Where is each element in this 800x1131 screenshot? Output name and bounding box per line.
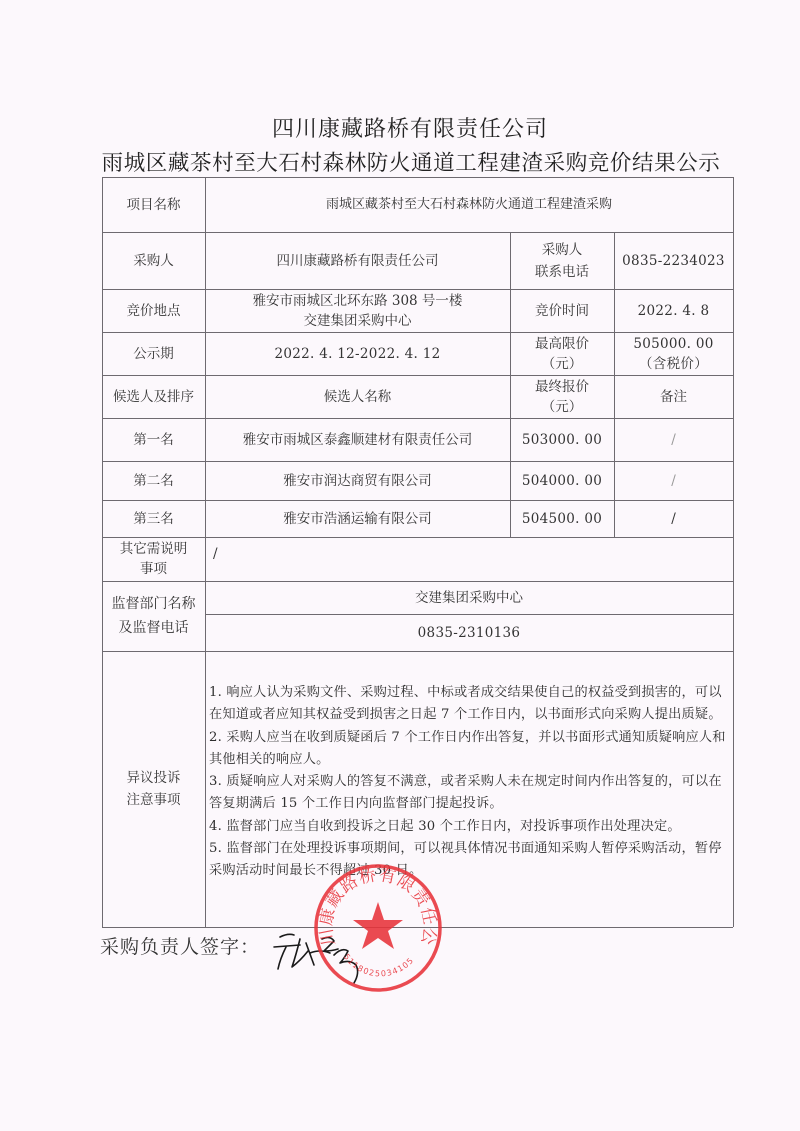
max-price-label-line1: 最高限价 — [535, 334, 589, 354]
supervisor-name: 交建集团采购中心 — [205, 581, 733, 614]
signature-label: 采购负责人签字： — [100, 932, 260, 959]
other-matters-label-line1: 其它需说明 — [120, 539, 188, 559]
complaint-note: 2. 采购人应当在收到质疑函后 7 个工作日内作出答复，并以书面形式通知质疑响应… — [209, 727, 729, 772]
max-price-value: 505000. 00 （含税价） — [614, 332, 733, 375]
bid-location-line1: 雅安市雨城区北环东路 308 号一楼 — [253, 291, 463, 311]
other-matters-label-line2: 事项 — [140, 559, 167, 579]
candidates-header-price-line2: （元） — [542, 397, 583, 417]
bid-location-value: 雅安市雨城区北环东路 308 号一楼 交建集团采购中心 — [205, 289, 510, 332]
complaint-notes-label-line1: 异议投诉 — [127, 767, 181, 789]
bid-location-line2: 交建集团采购中心 — [304, 311, 412, 331]
purchaser-value: 四川康藏路桥有限责任公司 — [205, 232, 510, 289]
complaint-notes-label: 异议投诉 注意事项 — [102, 651, 205, 927]
complaint-note: 5. 监督部门在处理投诉事项期间，可以视具体情况书面通知采购人暂停采购活动，暂停… — [209, 838, 729, 883]
max-price-label: 最高限价 （元） — [510, 332, 614, 375]
candidates-header-name: 候选人名称 — [205, 375, 510, 418]
candidate-price: 503000. 00 — [510, 418, 614, 461]
purchaser-phone-label-line2: 联系电话 — [535, 261, 589, 283]
candidates-header-remark: 备注 — [614, 375, 733, 418]
candidates-header-price: 最终报价 （元） — [510, 375, 614, 418]
candidates-header-rank: 候选人及排序 — [102, 375, 205, 418]
seal-code: 5118025034105 — [342, 952, 416, 978]
company-seal: 四川康藏路桥有限责任公司 5118025034105 — [312, 862, 444, 994]
supervisor-label-line2: 及监督电话 — [119, 616, 189, 640]
company-title: 四川康藏路桥有限责任公司 — [0, 112, 800, 143]
supervisor-phone: 0835-2310136 — [205, 614, 733, 651]
max-price-label-line2: （元） — [542, 354, 583, 374]
purchaser-phone-label: 采购人 联系电话 — [510, 232, 614, 289]
notice-title: 雨城区藏茶村至大石村森林防火通道工程建渣采购竞价结果公示 — [0, 146, 800, 177]
max-price-tax-note: （含税价） — [639, 354, 708, 374]
bid-time-value: 2022. 4. 8 — [614, 289, 733, 332]
supervisor-label-line1: 监督部门名称 — [112, 592, 196, 616]
publicity-value: 2022. 4. 12-2022. 4. 12 — [205, 332, 510, 375]
complaint-notes-list: 1. 响应人认为采购文件、采购过程、中标或者成交结果使自己的权益受到损害的，可以… — [209, 682, 729, 883]
bid-time-label: 竞价时间 — [510, 289, 614, 332]
purchaser-phone-value: 0835-2234023 — [614, 232, 733, 289]
candidate-rank: 第二名 — [102, 461, 205, 500]
candidate-price: 504500. 00 — [510, 500, 614, 537]
complaint-notes-label-line2: 注意事项 — [127, 789, 181, 811]
candidate-remark: / — [614, 500, 733, 537]
table-border-right — [733, 177, 734, 927]
bid-location-label: 竞价地点 — [102, 289, 205, 332]
candidate-name: 雅安市雨城区泰鑫顺建材有限责任公司 — [205, 418, 510, 461]
svg-text:5118025034105: 5118025034105 — [342, 952, 416, 978]
candidate-rank: 第三名 — [102, 500, 205, 537]
result-table: 项目名称 雨城区藏茶村至大石村森林防火通道工程建渣采购 采购人 四川康藏路桥有限… — [102, 177, 733, 927]
complaint-note: 3. 质疑响应人对采购人的答复不满意，或者采购人未在规定时间内作出答复的，可以在… — [209, 771, 729, 816]
complaint-note: 4. 监督部门应当自收到投诉之日起 30 个工作日内，对投诉事项作出处理决定。 — [209, 816, 729, 838]
candidate-name: 雅安市润达商贸有限公司 — [205, 461, 510, 500]
seal-star-icon — [353, 902, 403, 949]
project-name-label: 项目名称 — [102, 177, 205, 232]
candidate-name: 雅安市浩涵运输有限公司 — [205, 500, 510, 537]
purchaser-label: 采购人 — [102, 232, 205, 289]
complaint-note: 1. 响应人认为采购文件、采购过程、中标或者成交结果使自己的权益受到损害的，可以… — [209, 682, 729, 727]
candidate-remark: / — [614, 418, 733, 461]
supervisor-label: 监督部门名称 及监督电话 — [102, 581, 205, 651]
candidate-price: 504000. 00 — [510, 461, 614, 500]
candidates-header-price-line1: 最终报价 — [535, 377, 589, 397]
candidate-rank: 第一名 — [102, 418, 205, 461]
other-matters-label: 其它需说明 事项 — [102, 537, 205, 581]
other-matters-value: / — [205, 537, 733, 581]
publicity-label: 公示期 — [102, 332, 205, 375]
max-price-amount: 505000. 00 — [633, 334, 713, 354]
candidate-remark: / — [614, 461, 733, 500]
project-name-value: 雨城区藏茶村至大石村森林防火通道工程建渣采购 — [205, 177, 733, 232]
purchaser-phone-label-line1: 采购人 — [542, 239, 583, 261]
